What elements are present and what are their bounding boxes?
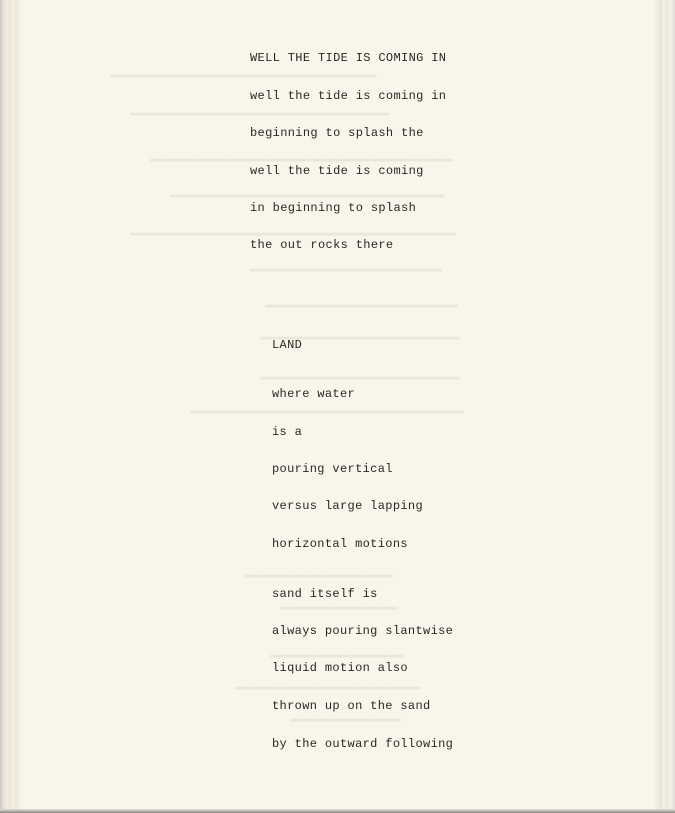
- poem-2-line: always pouring slantwise: [272, 624, 453, 638]
- show-through-texture: ▬▬▬▬▬▬▬▬▬▬▬▬▬▬▬▬▬▬▬▬: [245, 568, 393, 582]
- show-through-texture: ▬▬▬▬▬▬▬▬▬▬▬▬▬▬▬▬: [280, 600, 398, 614]
- show-through-texture: ▬▬▬▬▬▬▬▬▬▬▬▬▬▬▬▬▬▬▬▬▬▬▬▬▬▬: [250, 262, 442, 276]
- poem-2-line: horizontal motions: [272, 537, 408, 551]
- poem-2-title: LAND: [272, 338, 302, 352]
- show-through-texture: ▬▬▬▬▬▬▬▬▬▬▬▬▬▬▬▬▬▬▬▬▬▬▬▬▬▬▬: [260, 370, 460, 384]
- poem-1-line: beginning to splash the: [250, 126, 424, 140]
- show-through-texture: ▬▬▬▬▬▬▬▬▬▬▬▬▬▬▬▬▬▬▬▬▬▬▬▬▬▬▬▬▬▬▬▬▬▬▬▬▬: [190, 404, 464, 418]
- poem-1-line: in beginning to splash: [250, 201, 416, 215]
- poem-2-line: pouring vertical: [272, 462, 393, 476]
- show-through-texture: ▬▬▬▬▬▬▬▬▬▬▬▬▬▬▬: [290, 712, 401, 726]
- poem-1-line: the out rocks there: [250, 238, 393, 252]
- page-stack-left-edge: [0, 0, 20, 813]
- page-stack-right-edge: [653, 0, 675, 813]
- poem-1-line: well the tide is coming in: [250, 89, 446, 103]
- poem-2-line: by the outward following: [272, 737, 453, 751]
- poem-2-line: is a: [272, 425, 302, 439]
- show-through-texture: ▬▬▬▬▬▬▬▬▬▬▬▬▬▬▬▬▬▬▬▬▬▬▬▬▬▬: [265, 298, 457, 312]
- page-bottom-edge: [0, 809, 675, 813]
- show-through-texture: ▬▬▬▬▬▬▬▬▬▬▬▬▬▬▬▬▬▬▬▬▬▬▬▬▬: [235, 680, 420, 694]
- show-through-texture: ▬▬▬▬▬▬▬▬▬▬▬▬▬▬▬▬▬▬: [270, 648, 403, 662]
- poem-1-line: well the tide is coming: [250, 164, 424, 178]
- poem-2-line: liquid motion also: [272, 661, 408, 675]
- poem-2-line: sand itself is: [272, 587, 378, 601]
- show-through-texture: ▬▬▬▬▬▬▬▬▬▬▬▬▬▬▬▬▬▬▬▬▬▬▬▬▬▬▬▬▬▬▬▬▬▬▬: [130, 106, 389, 120]
- poem-2-line: thrown up on the sand: [272, 699, 431, 713]
- poem-2-line: versus large lapping: [272, 499, 423, 513]
- typewritten-page: ▬▬▬▬▬▬▬▬▬▬▬▬▬▬▬▬▬▬▬▬▬▬▬▬▬▬▬▬▬▬▬▬▬▬▬▬ ▬▬▬…: [20, 0, 653, 809]
- show-through-texture: ▬▬▬▬▬▬▬▬▬▬▬▬▬▬▬▬▬▬▬▬▬▬▬▬▬▬▬▬▬▬▬▬▬▬▬▬: [110, 68, 376, 82]
- show-through-texture: ▬▬▬▬▬▬▬▬▬▬▬▬▬▬▬▬▬▬▬▬▬▬▬▬▬▬▬▬▬▬▬▬▬▬▬▬▬: [170, 188, 444, 202]
- poem-1-title: WELL THE TIDE IS COMING IN: [250, 51, 446, 65]
- poem-2-line: where water: [272, 387, 355, 401]
